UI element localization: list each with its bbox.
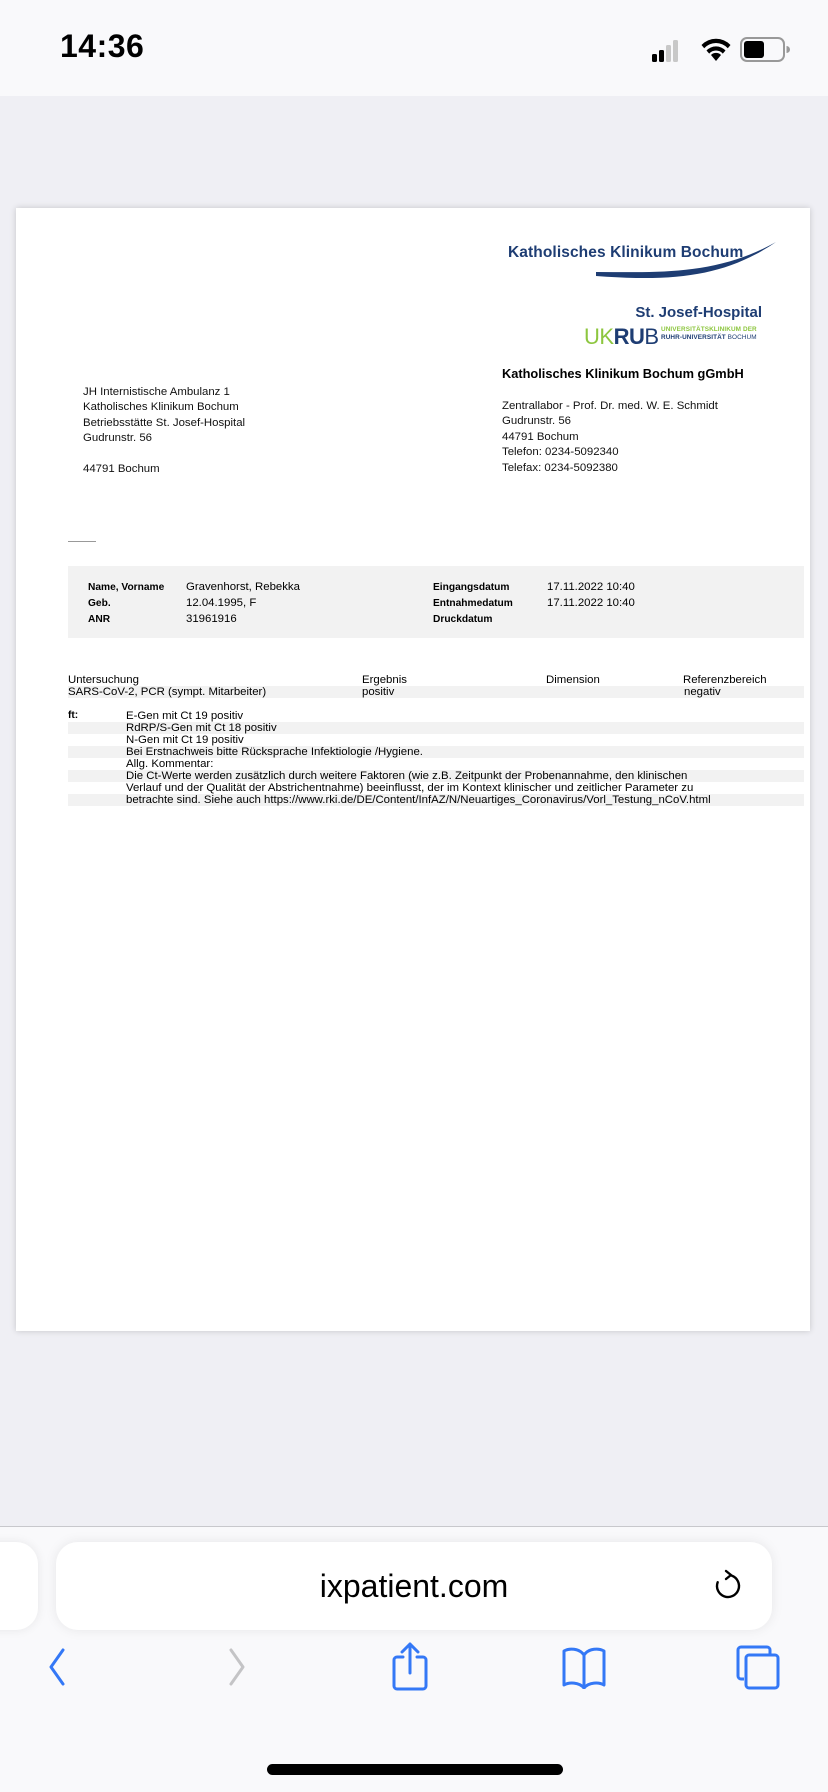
organization-name: Katholisches Klinikum Bochum gGmbH xyxy=(502,366,744,381)
received-value: 17.11.2022 10:40 xyxy=(547,581,635,593)
anr-value: 31961916 xyxy=(186,613,237,625)
patient-info-box: Name, Vorname Gravenhorst, Rebekka Geb. … xyxy=(68,566,804,638)
browser-bottom-bar: ixpatient.com xyxy=(0,1526,828,1792)
table-row: SARS-CoV-2, PCR (sympt. Mitarbeiter) pos… xyxy=(68,686,804,698)
printed-label: Druckdatum xyxy=(433,614,492,625)
clinic-logo-swoosh xyxy=(596,236,776,286)
battery-icon xyxy=(740,37,790,62)
divider xyxy=(68,541,96,542)
address-bar[interactable]: ixpatient.com xyxy=(56,1542,772,1630)
status-bar: 14:36 xyxy=(0,0,828,96)
hospital-logo-text: St. Josef-Hospital xyxy=(635,304,762,321)
university-logo-text: UNIVERSITÄTSKLINIKUM DER RUHR-UNIVERSITÄ… xyxy=(661,326,757,342)
dob-value: 12.04.1995, F xyxy=(186,597,256,609)
tabs-button[interactable] xyxy=(728,1637,788,1697)
results-header: Untersuchung Ergebnis Dimension Referenz… xyxy=(68,674,804,686)
ukrub-logo: UKRUB xyxy=(584,324,659,350)
tabs-icon xyxy=(734,1643,782,1691)
recipient-address: JH Internistische Ambulanz 1 Katholische… xyxy=(83,385,245,477)
dob-label: Geb. xyxy=(88,598,111,609)
comment-line: E-Gen mit Ct 19 positiv xyxy=(68,710,804,722)
forward-icon xyxy=(221,1646,251,1688)
name-value: Gravenhorst, Rebekka xyxy=(186,581,300,593)
comment-line: betrachte sind. Siehe auch https://www.r… xyxy=(68,794,804,806)
comment-line: Die Ct-Werte werden zusätzlich durch wei… xyxy=(68,770,804,782)
header-result: Ergebnis xyxy=(362,674,407,686)
received-label: Eingangsdatum xyxy=(433,582,509,593)
home-indicator[interactable] xyxy=(267,1764,563,1775)
status-time: 14:36 xyxy=(60,28,144,65)
bookmarks-button[interactable] xyxy=(554,1637,614,1697)
forward-button[interactable] xyxy=(206,1637,266,1697)
comment-line: Verlauf und der Qualität der Abstrichent… xyxy=(68,782,804,794)
cellular-signal-icon xyxy=(652,40,682,62)
share-button[interactable] xyxy=(380,1637,440,1697)
header-unit: Dimension xyxy=(546,674,600,686)
reload-icon[interactable] xyxy=(710,1568,746,1604)
back-icon xyxy=(43,1646,73,1688)
comment-line: RdRP/S-Gen mit Ct 18 positiv xyxy=(68,722,804,734)
comment-line: Bei Erstnachweis bitte Rücksprache Infek… xyxy=(68,746,804,758)
name-label: Name, Vorname xyxy=(88,582,164,593)
wifi-icon xyxy=(700,36,732,62)
sampled-value: 17.11.2022 10:40 xyxy=(547,597,635,609)
sampled-label: Entnahmedatum xyxy=(433,598,513,609)
url-text[interactable]: ixpatient.com xyxy=(56,1568,772,1605)
share-icon xyxy=(388,1641,432,1693)
back-button[interactable] xyxy=(28,1637,88,1697)
comment-line: Allg. Kommentar: xyxy=(68,758,804,770)
previous-tab-preview[interactable] xyxy=(0,1542,38,1630)
comment-line: N-Gen mit Ct 19 positiv xyxy=(68,734,804,746)
header-reference: Referenzbereich xyxy=(683,674,767,686)
document-page: Katholisches Klinikum Bochum St. Josef-H… xyxy=(16,208,810,1331)
header-test: Untersuchung xyxy=(68,674,139,686)
sender-address: Zentrallabor - Prof. Dr. med. W. E. Schm… xyxy=(502,399,718,476)
anr-label: ANR xyxy=(88,614,110,625)
bookmarks-icon xyxy=(559,1645,609,1689)
